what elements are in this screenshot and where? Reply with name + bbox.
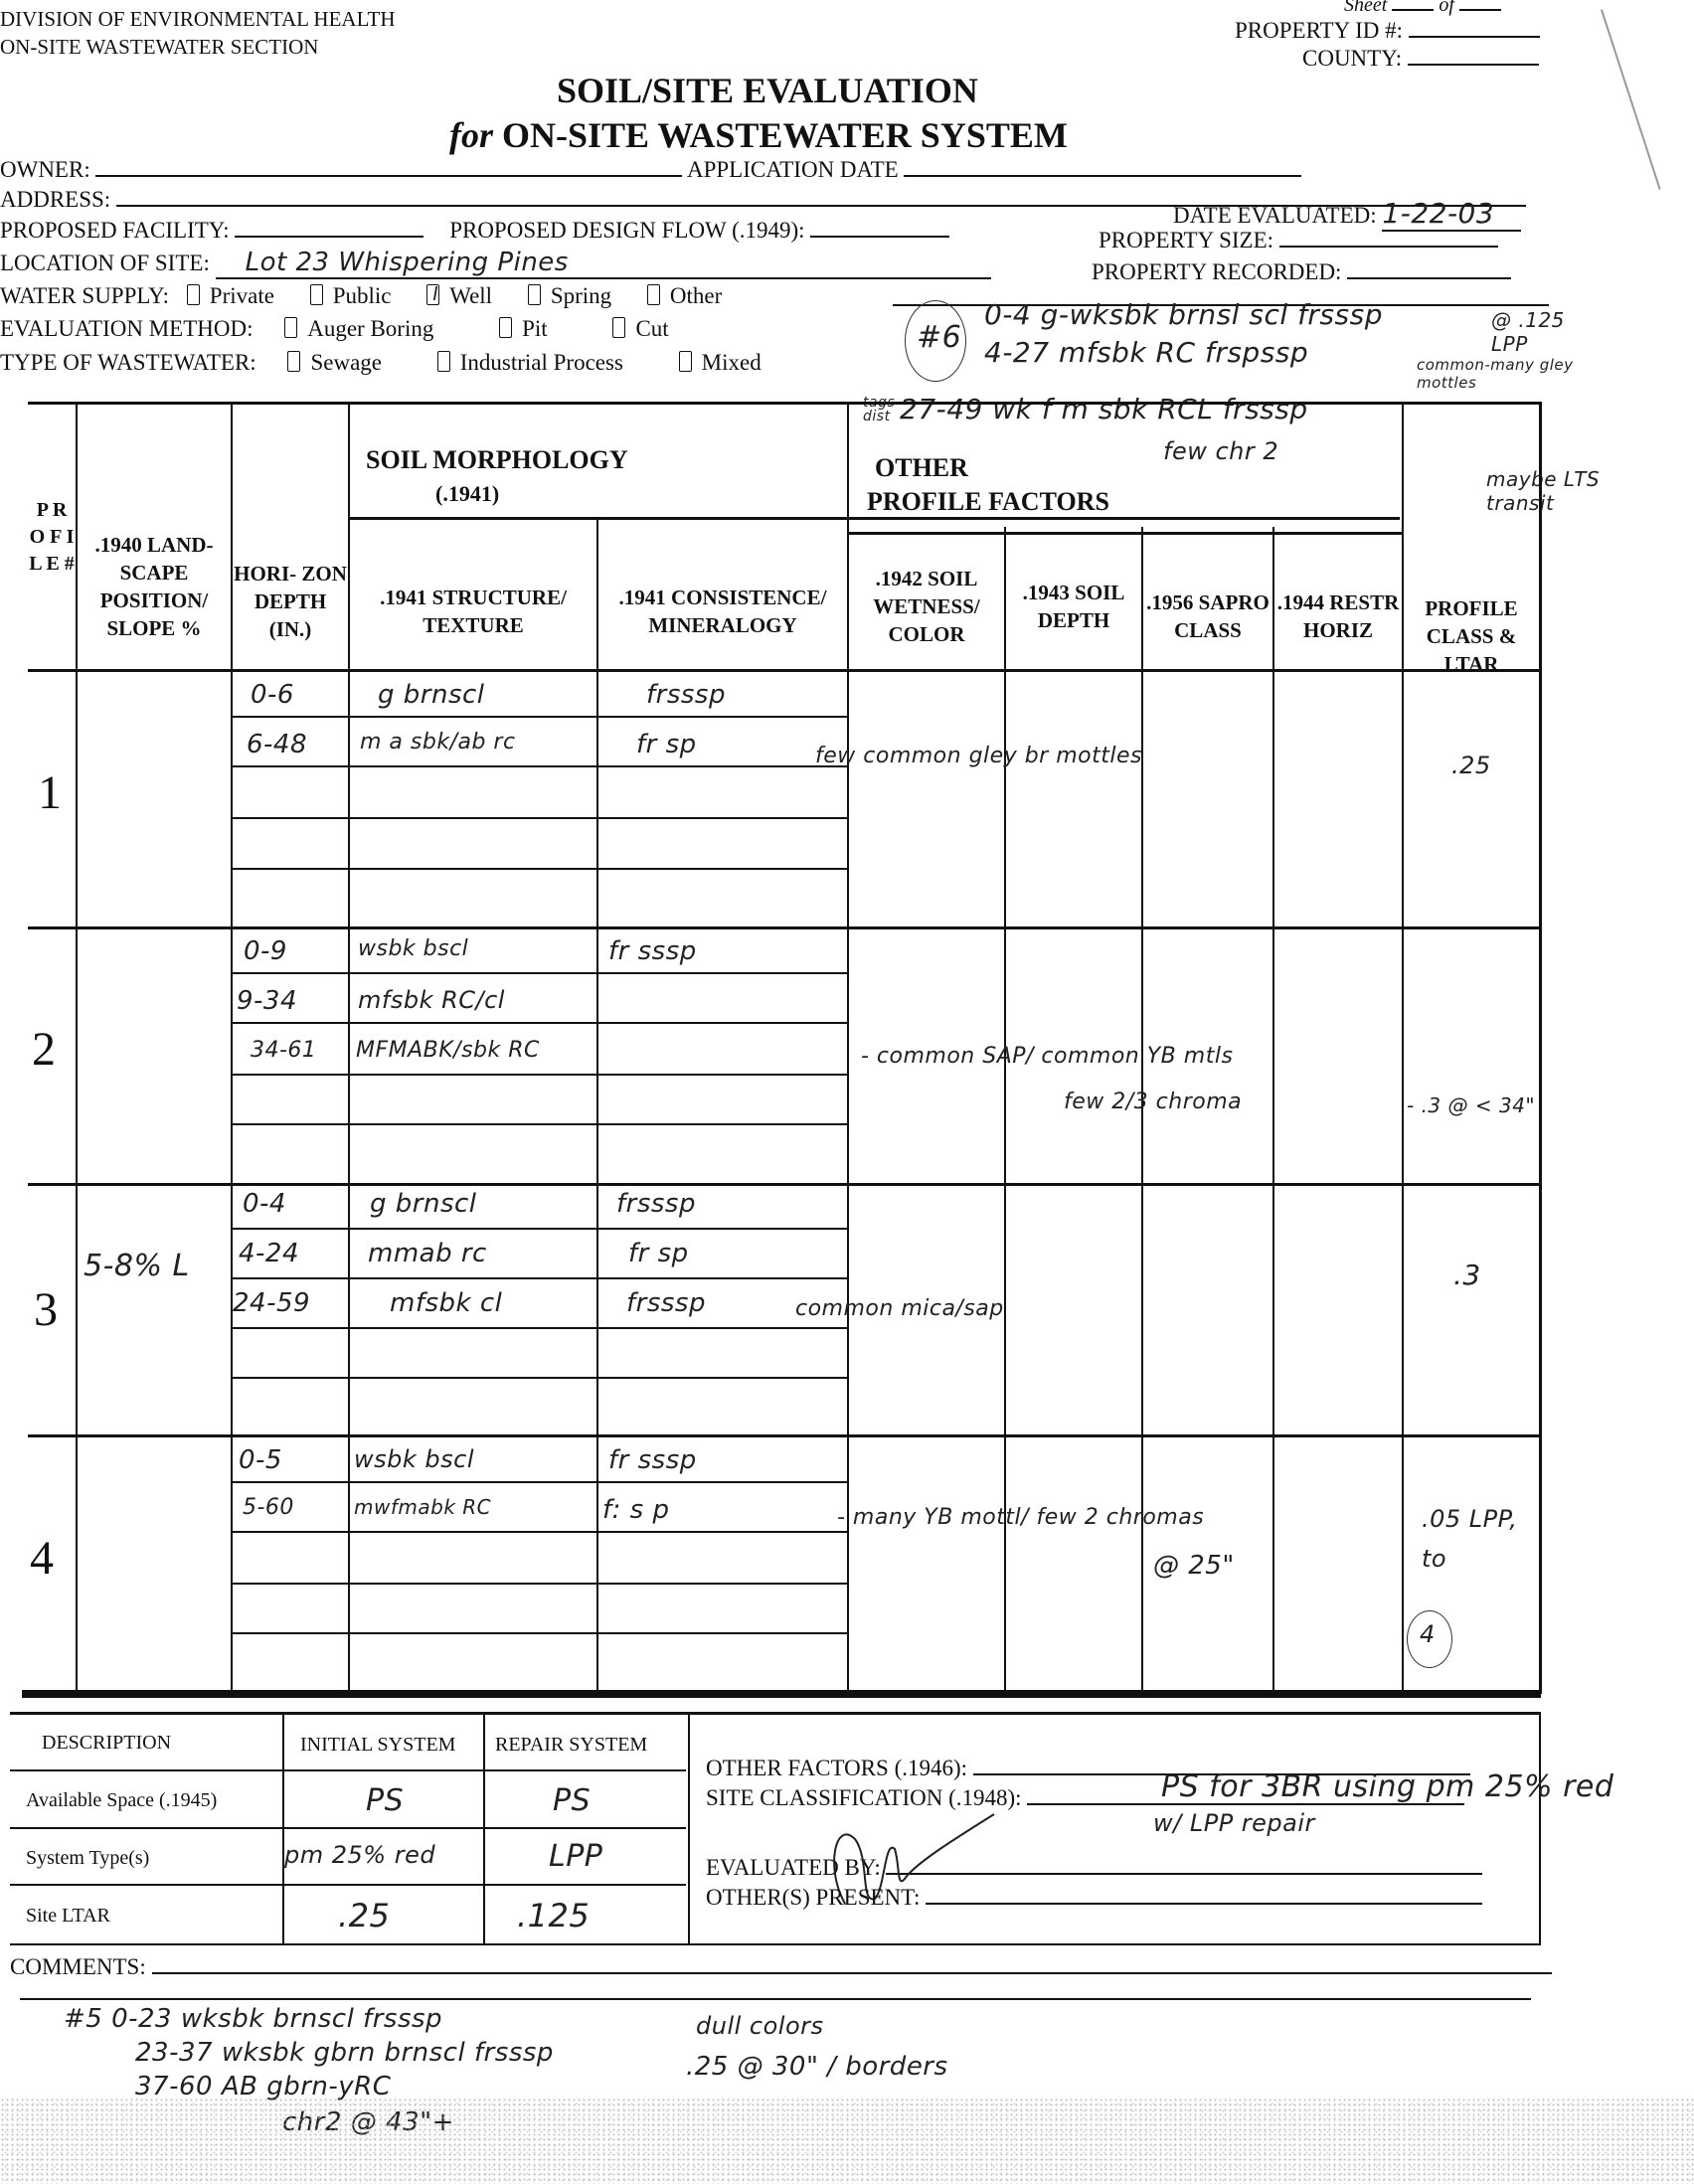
header-bottom-border <box>28 669 1541 672</box>
horizon-depth[interactable]: 0-5 <box>239 1445 282 1475</box>
checkbox-auger-boring[interactable] <box>284 317 297 338</box>
horizon-depth[interactable]: 0-4 <box>243 1189 286 1219</box>
header-profile-class-ltar: PROFILE CLASS & LTAR <box>1404 587 1539 686</box>
checkbox-private[interactable] <box>187 284 200 305</box>
checkbox-cut[interactable] <box>612 317 625 338</box>
wastewater-type-field: TYPE OF WASTEWATER: Sewage Industrial Pr… <box>0 350 791 376</box>
comment-side-note-2: .25 @ 30" / borders <box>686 2052 948 2082</box>
available-space-repair[interactable]: PS <box>553 1783 591 1818</box>
sheet-field: Sheet of <box>1344 0 1501 17</box>
property-id-label: PROPERTY ID #: <box>1235 18 1403 43</box>
summary-row-label: Available Space (.1945) <box>26 1789 217 1812</box>
horizon-consistence[interactable]: frsssp <box>646 680 726 710</box>
table-bottom-border <box>22 1690 1541 1698</box>
horizon-consistence[interactable]: fr sp <box>628 1239 689 1268</box>
profile-number: 2 <box>32 1022 56 1077</box>
horizon-structure[interactable]: g brnscl <box>378 680 485 710</box>
county-input[interactable] <box>1408 64 1539 66</box>
soil-wetness-note-2[interactable]: @ 25" <box>1153 1551 1235 1581</box>
margin-note-right-1: @ .125 LPP <box>1491 308 1601 356</box>
site-classification-value: PS for 3BR using pm 25% red <box>1161 1769 1613 1804</box>
checkbox-other[interactable] <box>647 284 660 305</box>
evaluation-method-label: EVALUATION METHOD: <box>0 316 253 341</box>
horizon-depth[interactable]: 5-60 <box>243 1495 294 1520</box>
horizon-depth[interactable]: 0-6 <box>251 680 294 710</box>
property-recorded-field: PROPERTY RECORDED: <box>1092 259 1511 285</box>
profile-number: 4 <box>30 1531 54 1586</box>
horizon-depth[interactable]: 9-34 <box>237 986 297 1016</box>
others-present-input[interactable] <box>926 1903 1482 1905</box>
comment-side-note-1: dull colors <box>696 2012 824 2040</box>
horizon-structure[interactable]: g brnscl <box>370 1189 477 1219</box>
method-auger-boring[interactable]: Auger Boring <box>284 316 433 341</box>
horizon-consistence[interactable]: frsssp <box>616 1189 696 1219</box>
checkbox-industrial-process[interactable] <box>437 351 450 372</box>
header-other-factors-2: PROFILE FACTORS <box>867 487 1109 517</box>
water-supply-field: WATER SUPPLY: Private Public Well Spring… <box>0 283 752 309</box>
header-consistence-mineralogy: .1941 CONSISTENCE/ MINERALOGY <box>598 567 847 656</box>
property-recorded-label: PROPERTY RECORDED: <box>1092 259 1341 284</box>
comments-field: COMMENTS: <box>10 1954 1552 1980</box>
horizon-structure[interactable]: wsbk bscl <box>358 936 468 961</box>
margin-note-line-2: 4-27 mfsbk RC frspssp <box>984 336 1308 369</box>
profile-class-circled: 4 <box>1420 1620 1436 1648</box>
horizon-consistence[interactable]: frsssp <box>626 1288 706 1318</box>
design-flow-label: PROPOSED DESIGN FLOW (.1949): <box>449 218 804 243</box>
form-title-system: ON-SITE WASTEWATER SYSTEM <box>502 115 1068 155</box>
system-type-repair[interactable]: LPP <box>549 1839 602 1874</box>
profile-class-ltar[interactable]: .3 <box>1453 1259 1481 1291</box>
header-soil-morphology: SOIL MORPHOLOGY <box>366 445 628 475</box>
soil-wetness-note[interactable]: few common gley br mottles <box>815 744 1142 768</box>
summary-row-label: Site LTAR <box>26 1905 110 1928</box>
property-id-field: PROPERTY ID #: <box>1235 18 1540 44</box>
owner-input[interactable] <box>95 175 682 177</box>
of-label: of <box>1439 0 1454 16</box>
profile-2-bottom <box>28 1183 1541 1186</box>
soil-wetness-note[interactable]: - common SAP/ common YB mtls <box>861 1044 1233 1069</box>
form-title-line-2: for ON-SITE WASTEWATER SYSTEM <box>449 114 1068 156</box>
date-evaluated-label: DATE EVALUATED: <box>1173 203 1377 228</box>
horizon-consistence[interactable]: f: s p <box>602 1495 670 1525</box>
horizon-structure[interactable]: mfsbk cl <box>390 1288 502 1318</box>
summary-row-label: System Type(s) <box>26 1847 149 1870</box>
form-title-line-1: SOIL/SITE EVALUATION <box>557 70 978 111</box>
location-label: LOCATION OF SITE: <box>0 251 210 275</box>
profile-class-ltar[interactable]: - .3 @ < 34" <box>1407 1093 1576 1117</box>
margin-note-line-1: 0-4 g-wksbk brnsl scl frsssp <box>984 298 1383 331</box>
header-structure-texture: .1941 STRUCTURE/ TEXTURE <box>350 567 596 656</box>
header-restr-horiz: .1944 RESTR HORIZ <box>1274 567 1402 666</box>
property-id-input[interactable] <box>1409 36 1540 38</box>
county-label: COUNTY: <box>1302 46 1402 71</box>
water-supply-other[interactable]: Other <box>647 283 722 308</box>
header-horizon-depth: HORI- ZON DEPTH (IN.) <box>233 537 348 666</box>
profile-class-ltar[interactable]: .05 LPP, to <box>1422 1499 1541 1579</box>
property-size-label: PROPERTY SIZE: <box>1099 228 1273 252</box>
checkbox-pit[interactable] <box>499 317 512 338</box>
application-date-label: APPLICATION DATE <box>687 157 899 182</box>
margin-note-right-3: maybe LTS transit <box>1486 467 1606 515</box>
header-soil-depth: .1943 SOIL DEPTH <box>1006 557 1141 656</box>
property-size-input[interactable] <box>1279 246 1498 248</box>
margin-note-line-3: 27-49 wk f m sbk RCL frsssp <box>900 393 1308 425</box>
horizon-depth[interactable]: 34-61 <box>251 1038 316 1063</box>
proposed-facility-label: PROPOSED FACILITY: <box>0 218 230 243</box>
profile-number: 1 <box>38 765 62 820</box>
sheet-total-input[interactable] <box>1459 9 1501 11</box>
wastewater-industrial[interactable]: Industrial Process <box>437 350 623 375</box>
checkbox-public[interactable] <box>310 284 323 305</box>
summary-header-description: DESCRIPTION <box>42 1732 171 1755</box>
other-factors-label: OTHER FACTORS (.1946): <box>706 1756 967 1780</box>
table-top-border <box>28 402 1541 405</box>
site-ltar-repair[interactable]: .125 <box>517 1897 590 1934</box>
margin-note-prefix: tags dist <box>863 396 903 423</box>
header-profile-number: P R O F I L E # <box>28 408 76 666</box>
method-cut[interactable]: Cut <box>612 316 668 341</box>
water-supply-spring[interactable]: Spring <box>528 283 611 308</box>
horizon-structure[interactable]: mmab rc <box>368 1239 487 1268</box>
horizon-structure[interactable]: mwfmabk RC <box>354 1495 491 1519</box>
comments-line-2 <box>20 1998 1531 2000</box>
horizon-structure[interactable]: mfsbk RC/cl <box>358 986 505 1014</box>
property-size-field: PROPERTY SIZE: <box>1099 228 1498 253</box>
method-pit[interactable]: Pit <box>499 316 548 341</box>
comment-line: #5 0-23 wksbk brnscl frsssp <box>64 2004 442 2034</box>
header-other-factors-1: OTHER <box>875 453 968 483</box>
others-present-field: OTHER(S) PRESENT: <box>706 1885 1482 1911</box>
soil-wetness-note[interactable]: - many YB mottl/ few 2 chromas <box>837 1505 1204 1530</box>
water-supply-label: WATER SUPPLY: <box>0 283 169 308</box>
water-supply-well[interactable]: Well <box>426 283 492 308</box>
checkbox-spring[interactable] <box>528 284 541 305</box>
application-date-input[interactable] <box>904 175 1301 177</box>
summary-header-repair: REPAIR SYSTEM <box>495 1734 647 1757</box>
owner-field: OWNER: APPLICATION DATE <box>0 157 1301 183</box>
comments-input[interactable] <box>152 1972 1552 1974</box>
scan-artifact <box>0 2098 1694 2184</box>
horizon-structure[interactable]: m a sbk/ab rc <box>360 730 516 755</box>
sheet-label: Sheet <box>1344 0 1387 16</box>
wastewater-sewage[interactable]: Sewage <box>287 350 382 375</box>
water-supply-private[interactable]: Private <box>187 283 274 308</box>
subheader-divider <box>348 517 1400 520</box>
site-ltar-initial[interactable]: .25 <box>338 1897 390 1934</box>
agency-line-2: ON-SITE WASTEWATER SECTION <box>0 34 318 60</box>
proposed-facility-field: PROPOSED FACILITY: PROPOSED DESIGN FLOW … <box>0 218 949 244</box>
form-title-for: for <box>449 115 493 155</box>
wastewater-mixed[interactable]: Mixed <box>679 350 762 375</box>
date-evaluated-field: DATE EVALUATED: 1-22-03 <box>1173 197 1521 232</box>
header-landscape-position: .1940 LAND- SCAPE POSITION/ SLOPE % <box>78 507 231 666</box>
header-sapro-class: .1956 SAPRO CLASS <box>1143 567 1272 666</box>
owner-label: OWNER: <box>0 157 90 182</box>
horizon-depth[interactable]: 4-24 <box>239 1239 299 1268</box>
evaluation-method-field: EVALUATION METHOD: Auger Boring Pit Cut <box>0 316 699 342</box>
header-soil-wetness: .1942 SOIL WETNESS/ COLOR <box>849 552 1004 661</box>
horizon-depth[interactable]: 0-9 <box>244 936 287 966</box>
horizon-consistence[interactable]: fr sp <box>636 730 697 759</box>
county-field: COUNTY: <box>1302 46 1539 72</box>
profile-3-bottom <box>28 1434 1541 1437</box>
location-field: LOCATION OF SITE: Lot 23 Whispering Pine… <box>0 248 991 279</box>
checkbox-mixed[interactable] <box>679 351 692 372</box>
horizon-depth[interactable]: 6-48 <box>247 730 307 759</box>
horizon-consistence[interactable]: fr sssp <box>608 1445 697 1475</box>
profile-number: 3 <box>34 1282 58 1337</box>
margin-note-line-4: few chr 2 <box>1163 437 1278 465</box>
property-recorded-input[interactable] <box>1347 277 1511 279</box>
comment-line: 23-37 wksbk gbrn brnscl frsssp <box>135 2038 554 2068</box>
others-present-label: OTHER(S) PRESENT: <box>706 1885 920 1910</box>
soil-wetness-note[interactable]: common mica/sap <box>795 1296 1004 1321</box>
circled-note-label: #6 <box>917 320 961 355</box>
header-soil-morphology-code: (.1941) <box>435 481 499 507</box>
system-type-initial[interactable]: pm 25% red <box>284 1841 435 1869</box>
horizon-consistence[interactable]: fr sssp <box>608 936 697 966</box>
profile-1-bottom <box>28 926 1541 929</box>
profile-class-ltar[interactable]: .25 <box>1451 752 1491 779</box>
water-supply-public[interactable]: Public <box>310 283 392 308</box>
wastewater-type-label: TYPE OF WASTEWATER: <box>0 350 256 375</box>
comments-label: COMMENTS: <box>10 1954 146 1979</box>
sheet-number-input[interactable] <box>1392 9 1434 11</box>
margin-note-right-2: common-many gley mottles <box>1417 356 1615 392</box>
soil-wetness-note-2[interactable]: few 2/3 chroma <box>1064 1090 1242 1114</box>
checkbox-well[interactable] <box>426 284 439 305</box>
address-label: ADDRESS: <box>0 187 110 212</box>
site-classification-label: SITE CLASSIFICATION (.1948): <box>706 1785 1022 1810</box>
scan-edge-line <box>1601 9 1661 189</box>
site-classification-value-2: w/ LPP repair <box>1153 1809 1315 1837</box>
summary-header-initial: INITIAL SYSTEM <box>300 1734 455 1757</box>
date-evaluated-input[interactable]: 1-22-03 <box>1382 197 1521 232</box>
horizon-structure[interactable]: MFMABK/sbk RC <box>356 1038 540 1063</box>
horizon-depth[interactable]: 24-59 <box>233 1288 310 1318</box>
available-space-initial[interactable]: PS <box>366 1783 404 1818</box>
design-flow-input[interactable] <box>810 236 949 238</box>
checkbox-sewage[interactable] <box>287 351 300 372</box>
location-input[interactable]: Lot 23 Whispering Pines <box>216 248 991 279</box>
proposed-facility-input[interactable] <box>235 236 423 238</box>
landscape-slope[interactable]: 5-8% L <box>84 1243 213 1290</box>
horizon-structure[interactable]: wsbk bscl <box>354 1445 474 1473</box>
agency-line-1: DIVISION OF ENVIRONMENTAL HEALTH <box>0 6 395 32</box>
